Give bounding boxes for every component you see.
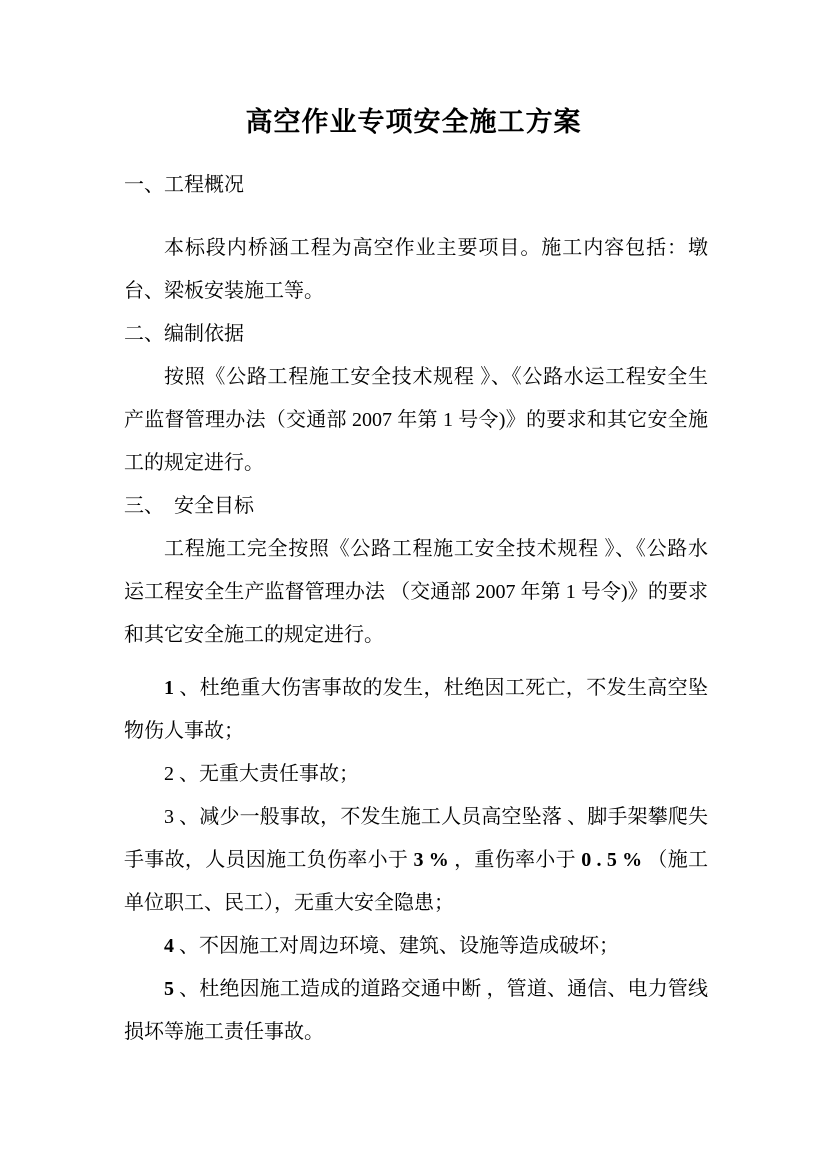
text-run: 一、工程概况	[124, 174, 244, 196]
text-run: 工程施工完全按照《公路工程施工安全技术规程 》、《公路水运工程安全生产监督管理办…	[124, 538, 708, 646]
paragraph: 5 、杜绝因施工造成的道路交通中断 ，管道、通信、电力管线损坏等施工责任事故。	[124, 968, 708, 1054]
text-run: 、杜绝重大伤害事故的发生，杜绝因工死亡，不发生高空坠物伤人事故；	[124, 677, 708, 742]
paragraph: 4 、不因施工对周边环境、建筑、设施等造成破坏；	[124, 925, 708, 968]
paragraph: 工程施工完全按照《公路工程施工安全技术规程 》、《公路水运工程安全生产监督管理办…	[124, 528, 708, 657]
text-run: ，重伤率小于	[449, 849, 581, 871]
text-run: 、杜绝因施工造成的道路交通中断 ，管道、通信、电力管线损坏等施工责任事故。	[124, 978, 708, 1043]
paragraph: 2 、无重大责任事故；	[124, 753, 708, 796]
section-heading: 二、编制依据	[124, 313, 708, 356]
text-run-bold: 5	[164, 978, 174, 1000]
text-run: 本标段内桥涵工程为高空作业主要项目。施工内容包括：墩台、梁板安装施工等。	[124, 237, 708, 302]
text-run: 2 、无重大责任事故；	[164, 763, 359, 785]
text-run-bold: 0 . 5 %	[581, 849, 642, 871]
paragraph: 本标段内桥涵工程为高空作业主要项目。施工内容包括：墩台、梁板安装施工等。	[124, 227, 708, 313]
text-run: 二、编制依据	[124, 323, 244, 345]
document-title: 高空作业专项安全施工方案	[0, 0, 827, 142]
paragraph: 3 、减少一般事故，不发生施工人员高空坠落 、脚手架攀爬失手事故，人员因施工负伤…	[124, 796, 708, 925]
document-page: 高空作业专项安全施工方案 一、工程概况本标段内桥涵工程为高空作业主要项目。施工内…	[0, 0, 827, 1170]
text-run-bold: 1	[164, 677, 174, 699]
text-run: 三、 安全目标	[124, 495, 254, 517]
text-run: 、不因施工对周边环境、建筑、设施等造成破坏；	[174, 935, 619, 957]
text-run-bold: 3 %	[414, 849, 449, 871]
document-body: 一、工程概况本标段内桥涵工程为高空作业主要项目。施工内容包括：墩台、梁板安装施工…	[124, 164, 708, 1054]
section-heading: 三、 安全目标	[124, 485, 708, 528]
text-run: 按照《公路工程施工安全技术规程 》、《公路水运工程安全生产监督管理办法（交通部 …	[124, 366, 708, 474]
paragraph: 1 、杜绝重大伤害事故的发生，杜绝因工死亡，不发生高空坠物伤人事故；	[124, 667, 708, 753]
text-run-bold: 4	[164, 935, 174, 957]
paragraph: 按照《公路工程施工安全技术规程 》、《公路水运工程安全生产监督管理办法（交通部 …	[124, 356, 708, 485]
section-heading: 一、工程概况	[124, 164, 708, 207]
